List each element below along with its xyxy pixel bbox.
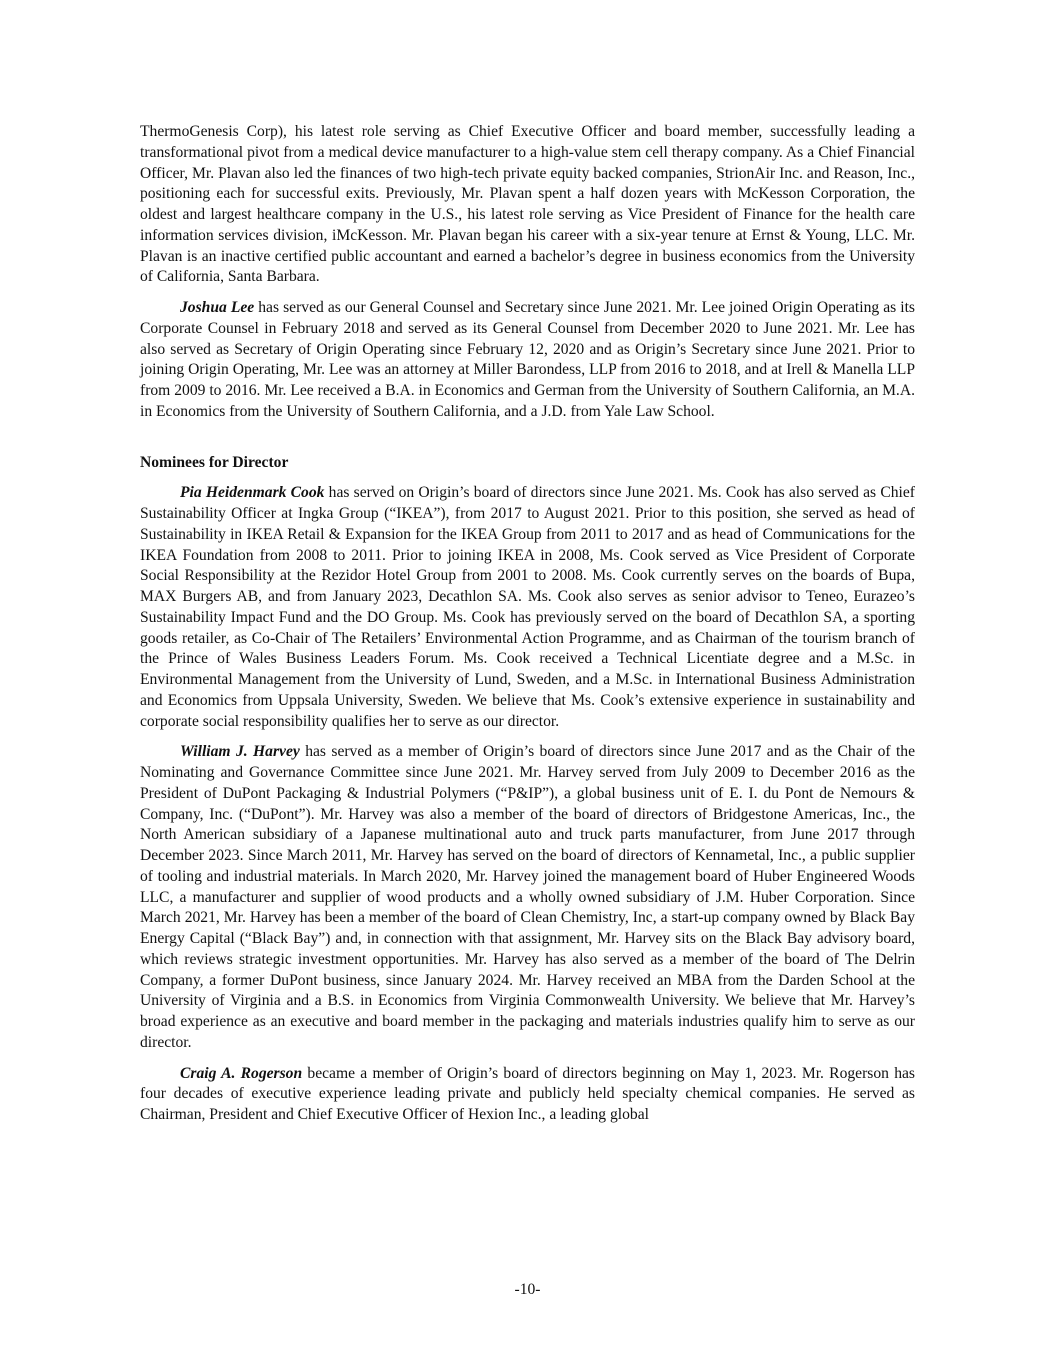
officer-bio-text: has served as our General Counsel and Se… bbox=[140, 299, 915, 420]
page-number: -10- bbox=[0, 1281, 1055, 1299]
nominee-bio-craig-rogerson: Craig A. Rogerson became a member of Ori… bbox=[140, 1064, 915, 1126]
officer-name: Joshua Lee bbox=[180, 299, 254, 316]
nominee-bio-text: has served on Origin’s board of director… bbox=[140, 484, 915, 729]
nominee-bio-pia-heidenmark-cook: Pia Heidenmark Cook has served on Origin… bbox=[140, 483, 915, 732]
nominee-name: William J. Harvey bbox=[180, 743, 300, 760]
nominee-bio-text: has served as a member of Origin’s board… bbox=[140, 743, 915, 1051]
nominee-name: Craig A. Rogerson bbox=[180, 1065, 302, 1082]
nominee-name: Pia Heidenmark Cook bbox=[180, 484, 324, 501]
plavan-bio-continuation: ThermoGenesis Corp), his latest role ser… bbox=[140, 122, 915, 288]
nominee-bio-william-harvey: William J. Harvey has served as a member… bbox=[140, 742, 915, 1053]
officer-bio-joshua-lee: Joshua Lee has served as our General Cou… bbox=[140, 298, 915, 423]
document-page: ThermoGenesis Corp), his latest role ser… bbox=[140, 122, 915, 1126]
section-heading-nominees: Nominees for Director bbox=[140, 453, 915, 474]
